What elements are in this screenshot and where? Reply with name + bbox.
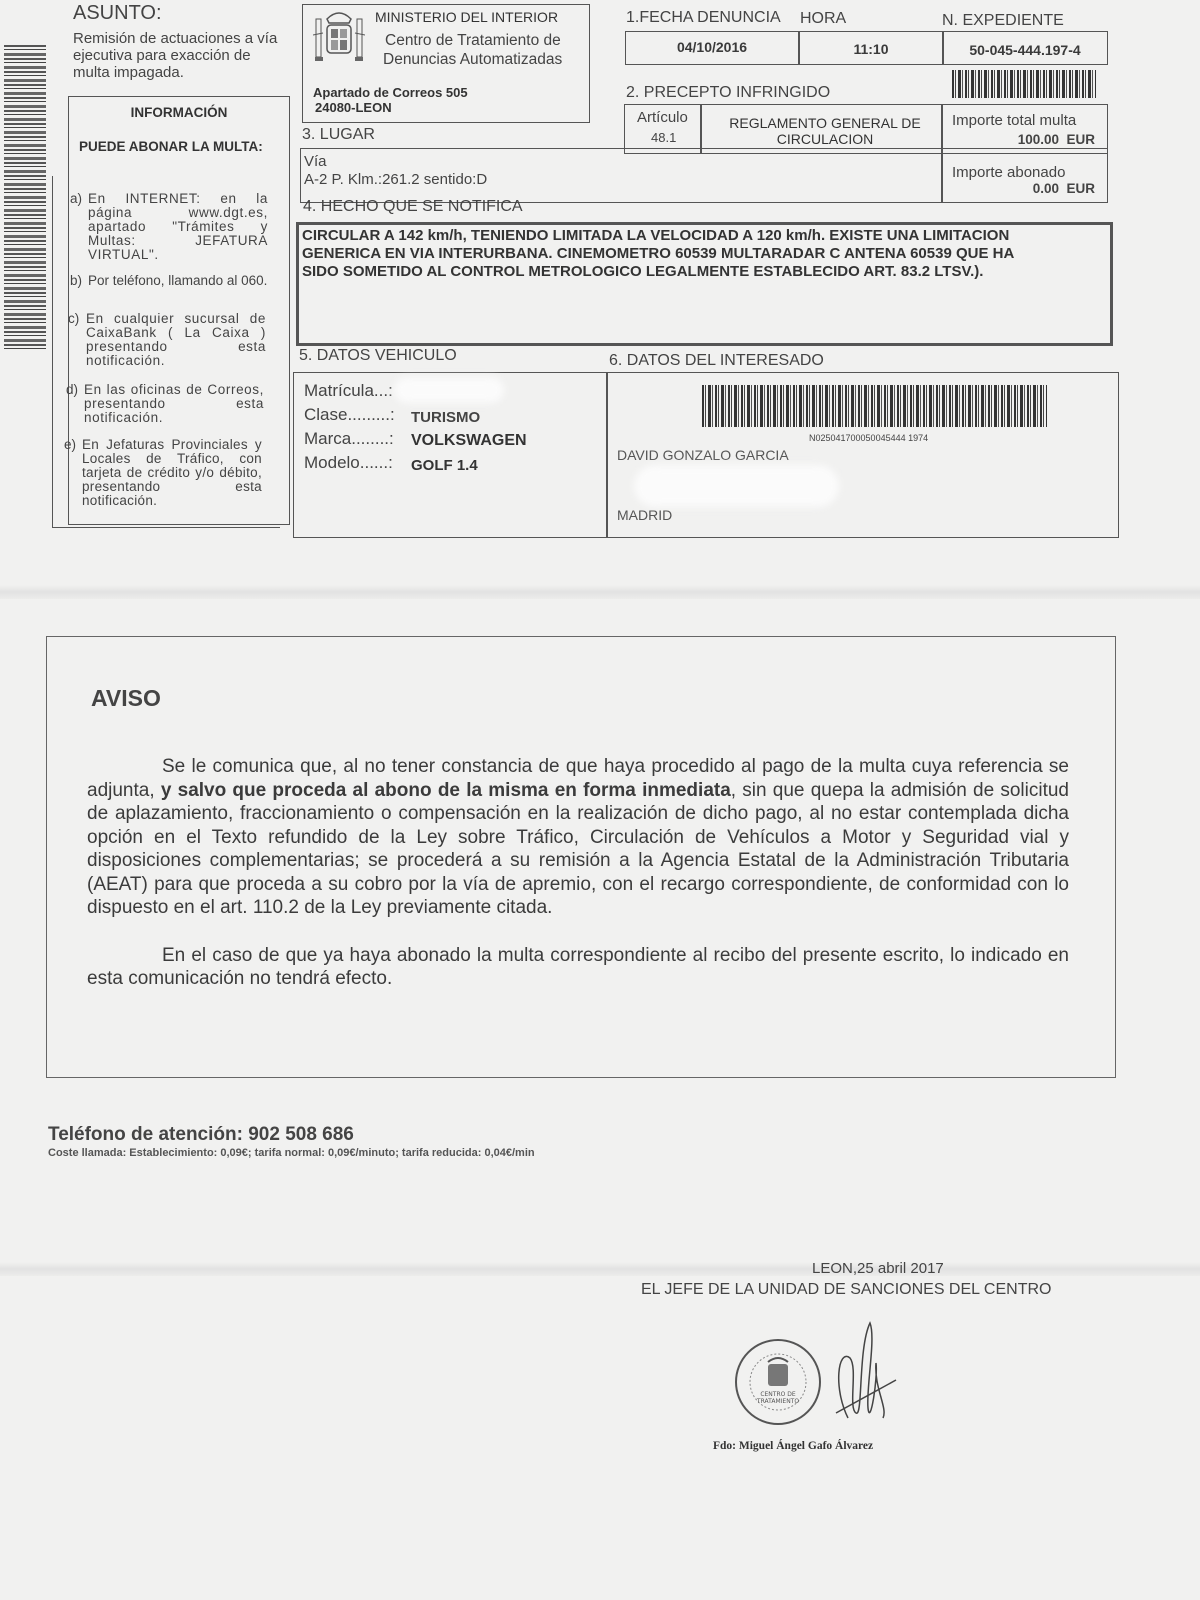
option-text: En Jefaturas Provinciales y Locales de T…: [64, 438, 262, 508]
signed-by: Fdo: Miguel Ángel Gafo Álvarez: [713, 1440, 873, 1452]
aviso-p1-bold: y salvo que proceda al abono de la misma…: [161, 780, 731, 801]
option-key: a): [70, 192, 82, 206]
option-key: b): [70, 274, 82, 288]
reglamento-line2: CIRCULACION: [705, 131, 945, 147]
info-title: INFORMACIÓN: [69, 105, 289, 120]
matricula-label: Matrícula...:: [304, 381, 393, 401]
ministry-name: MINISTERIO DEL INTERIOR: [375, 9, 558, 25]
hecho-line1: CIRCULAR A 142 km/h, TENIENDO LIMITADA L…: [302, 227, 1014, 245]
address-line2: 24080-LEON: [315, 100, 392, 115]
importe-total-label: Importe total multa: [952, 112, 1076, 129]
interesado-barcode: [702, 385, 1047, 427]
signer-role: EL JEFE DE LA UNIDAD DE SANCIONES DEL CE…: [641, 1281, 1051, 1299]
fecha-value: 04/10/2016: [626, 39, 798, 55]
importe-abonado-label: Importe abonado: [952, 164, 1065, 181]
hecho-text: CIRCULAR A 142 km/h, TENIENDO LIMITADA L…: [302, 227, 1014, 281]
vehiculo-label: 5. DATOS VEHICULO: [299, 347, 457, 365]
option-key: d): [66, 383, 78, 397]
paper-fold: [0, 1262, 1200, 1276]
modelo-value: GOLF 1.4: [411, 457, 478, 474]
precepto-label: 2. PRECEPTO INFRINGIDO: [626, 84, 830, 102]
lugar-box: Vía A-2 P. Klm.:261.2 sentido:D Importe …: [300, 148, 1108, 203]
svg-text:TRATAMIENTO: TRATAMIENTO: [756, 1398, 799, 1405]
hecho-label: 4. HECHO QUE SE NOTIFICA: [303, 198, 523, 216]
reglamento: REGLAMENTO GENERAL DE CIRCULACION: [705, 115, 945, 147]
center-name-line2: Denuncias Automatizadas: [383, 51, 562, 69]
side-barcode: [4, 45, 46, 350]
aviso-body: Se le comunica que, al no tener constanc…: [87, 755, 1069, 991]
hecho-box: CIRCULAR A 142 km/h, TENIENDO LIMITADA L…: [296, 222, 1113, 346]
official-stamp-icon: CENTRO DE TRATAMIENTO: [732, 1336, 824, 1428]
fecha-label: 1.FECHA DENUNCIA: [626, 9, 781, 27]
option-key: c): [68, 312, 79, 326]
handwritten-signature-icon: [828, 1318, 898, 1433]
option-text: En cualquier sucursal de CaixaBank ( La …: [68, 312, 266, 368]
info-subtitle: PUEDE ABONAR LA MULTA:: [79, 139, 263, 154]
address-line1: Apartado de Correos 505: [313, 85, 468, 100]
option-text: En INTERNET: en la página www.dgt.es, ap…: [70, 192, 268, 262]
aviso-paragraph-2: En el caso de que ya haya abonado la mul…: [87, 944, 1069, 991]
interesado-label: 6. DATOS DEL INTERESADO: [609, 352, 824, 370]
expediente-barcode: [952, 70, 1096, 98]
aviso-paragraph-1: Se le comunica que, al no tener constanc…: [87, 755, 1069, 920]
reglamento-line1: REGLAMENTO GENERAL DE: [705, 115, 945, 131]
place-date: LEON,25 abril 2017: [812, 1260, 944, 1277]
address-redacted: [634, 465, 839, 507]
option-text: Por teléfono, llamando al 060.: [70, 274, 268, 288]
hora-label: HORA: [800, 10, 846, 28]
denuncia-row: 04/10/2016 11:10 50-045-444.197-4: [625, 31, 1108, 65]
payment-option-correos: d) En las oficinas de Correos, presentan…: [66, 383, 264, 425]
expediente-label: N. EXPEDIENTE: [942, 12, 1064, 30]
asunto-text: Remisión de actuaciones a vía ejecutiva …: [73, 30, 278, 81]
matricula-redacted: [394, 377, 504, 403]
paper-fold: [0, 585, 1200, 599]
payment-option-caixabank: c) En cualquier sucursal de CaixaBank ( …: [68, 312, 266, 368]
phone-cost-note: Coste llamada: Establecimiento: 0,09€; t…: [48, 1147, 535, 1159]
barcode-number: N025041700050045444 1974: [809, 433, 928, 443]
payment-option-jefaturas: e) En Jefaturas Provinciales y Locales d…: [64, 438, 262, 508]
payment-option-internet: a) En INTERNET: en la página www.dgt.es,…: [70, 192, 268, 262]
hecho-line3: SIDO SOMETIDO AL CONTROL METROLOGICO LEG…: [302, 263, 1014, 281]
asunto-label: ASUNTO:: [73, 2, 162, 25]
expediente-value: 50-045-444.197-4: [944, 42, 1106, 58]
importe-abonado-value: 0.00 EUR: [1033, 181, 1095, 196]
center-name-line1: Centro de Tratamiento de: [385, 32, 561, 50]
hora-value: 11:10: [800, 41, 942, 57]
clase-label: Clase.........:: [304, 405, 395, 425]
marca-value: VOLKSWAGEN: [411, 432, 527, 450]
spain-coat-of-arms-icon: [313, 7, 365, 67]
via-label: Vía: [304, 153, 327, 170]
svg-text:CENTRO DE: CENTRO DE: [760, 1391, 796, 1398]
lugar-label: 3. LUGAR: [302, 126, 375, 144]
interesado-name: DAVID GONZALO GARCIA: [617, 447, 789, 463]
aviso-p2-text: En el caso de que ya haya abonado la mul…: [87, 945, 1069, 990]
articulo-label: Artículo: [637, 109, 688, 126]
importe-total-value: 100.00 EUR: [1018, 132, 1095, 147]
clase-value: TURISMO: [411, 409, 480, 426]
aviso-title: AVISO: [91, 685, 161, 712]
vehiculo-interesado-box: Matrícula...: Clase.........: TURISMO Ma…: [293, 372, 1119, 538]
payment-option-phone: b) Por teléfono, llamando al 060.: [70, 274, 268, 288]
option-text: En las oficinas de Correos, presentando …: [66, 383, 264, 425]
interesado-city: MADRID: [617, 507, 672, 523]
aviso-box: AVISO Se le comunica que, al no tener co…: [46, 636, 1116, 1078]
hecho-line2: GENERICA EN VIA INTERURBANA. CINEMOMETRO…: [302, 245, 1014, 263]
phone-label: Teléfono de atención: 902 508 686: [48, 1124, 354, 1146]
marca-label: Marca........:: [304, 429, 394, 449]
modelo-label: Modelo......:: [304, 453, 393, 473]
issuer-box: MINISTERIO DEL INTERIOR Centro de Tratam…: [302, 4, 590, 123]
option-key: e): [64, 438, 76, 452]
via-value: A-2 P. Klm.:261.2 sentido:D: [304, 171, 487, 188]
articulo-value: 48.1: [651, 130, 676, 145]
precepto-box: Artículo 48.1 REGLAMENTO GENERAL DE CIRC…: [624, 104, 1108, 154]
